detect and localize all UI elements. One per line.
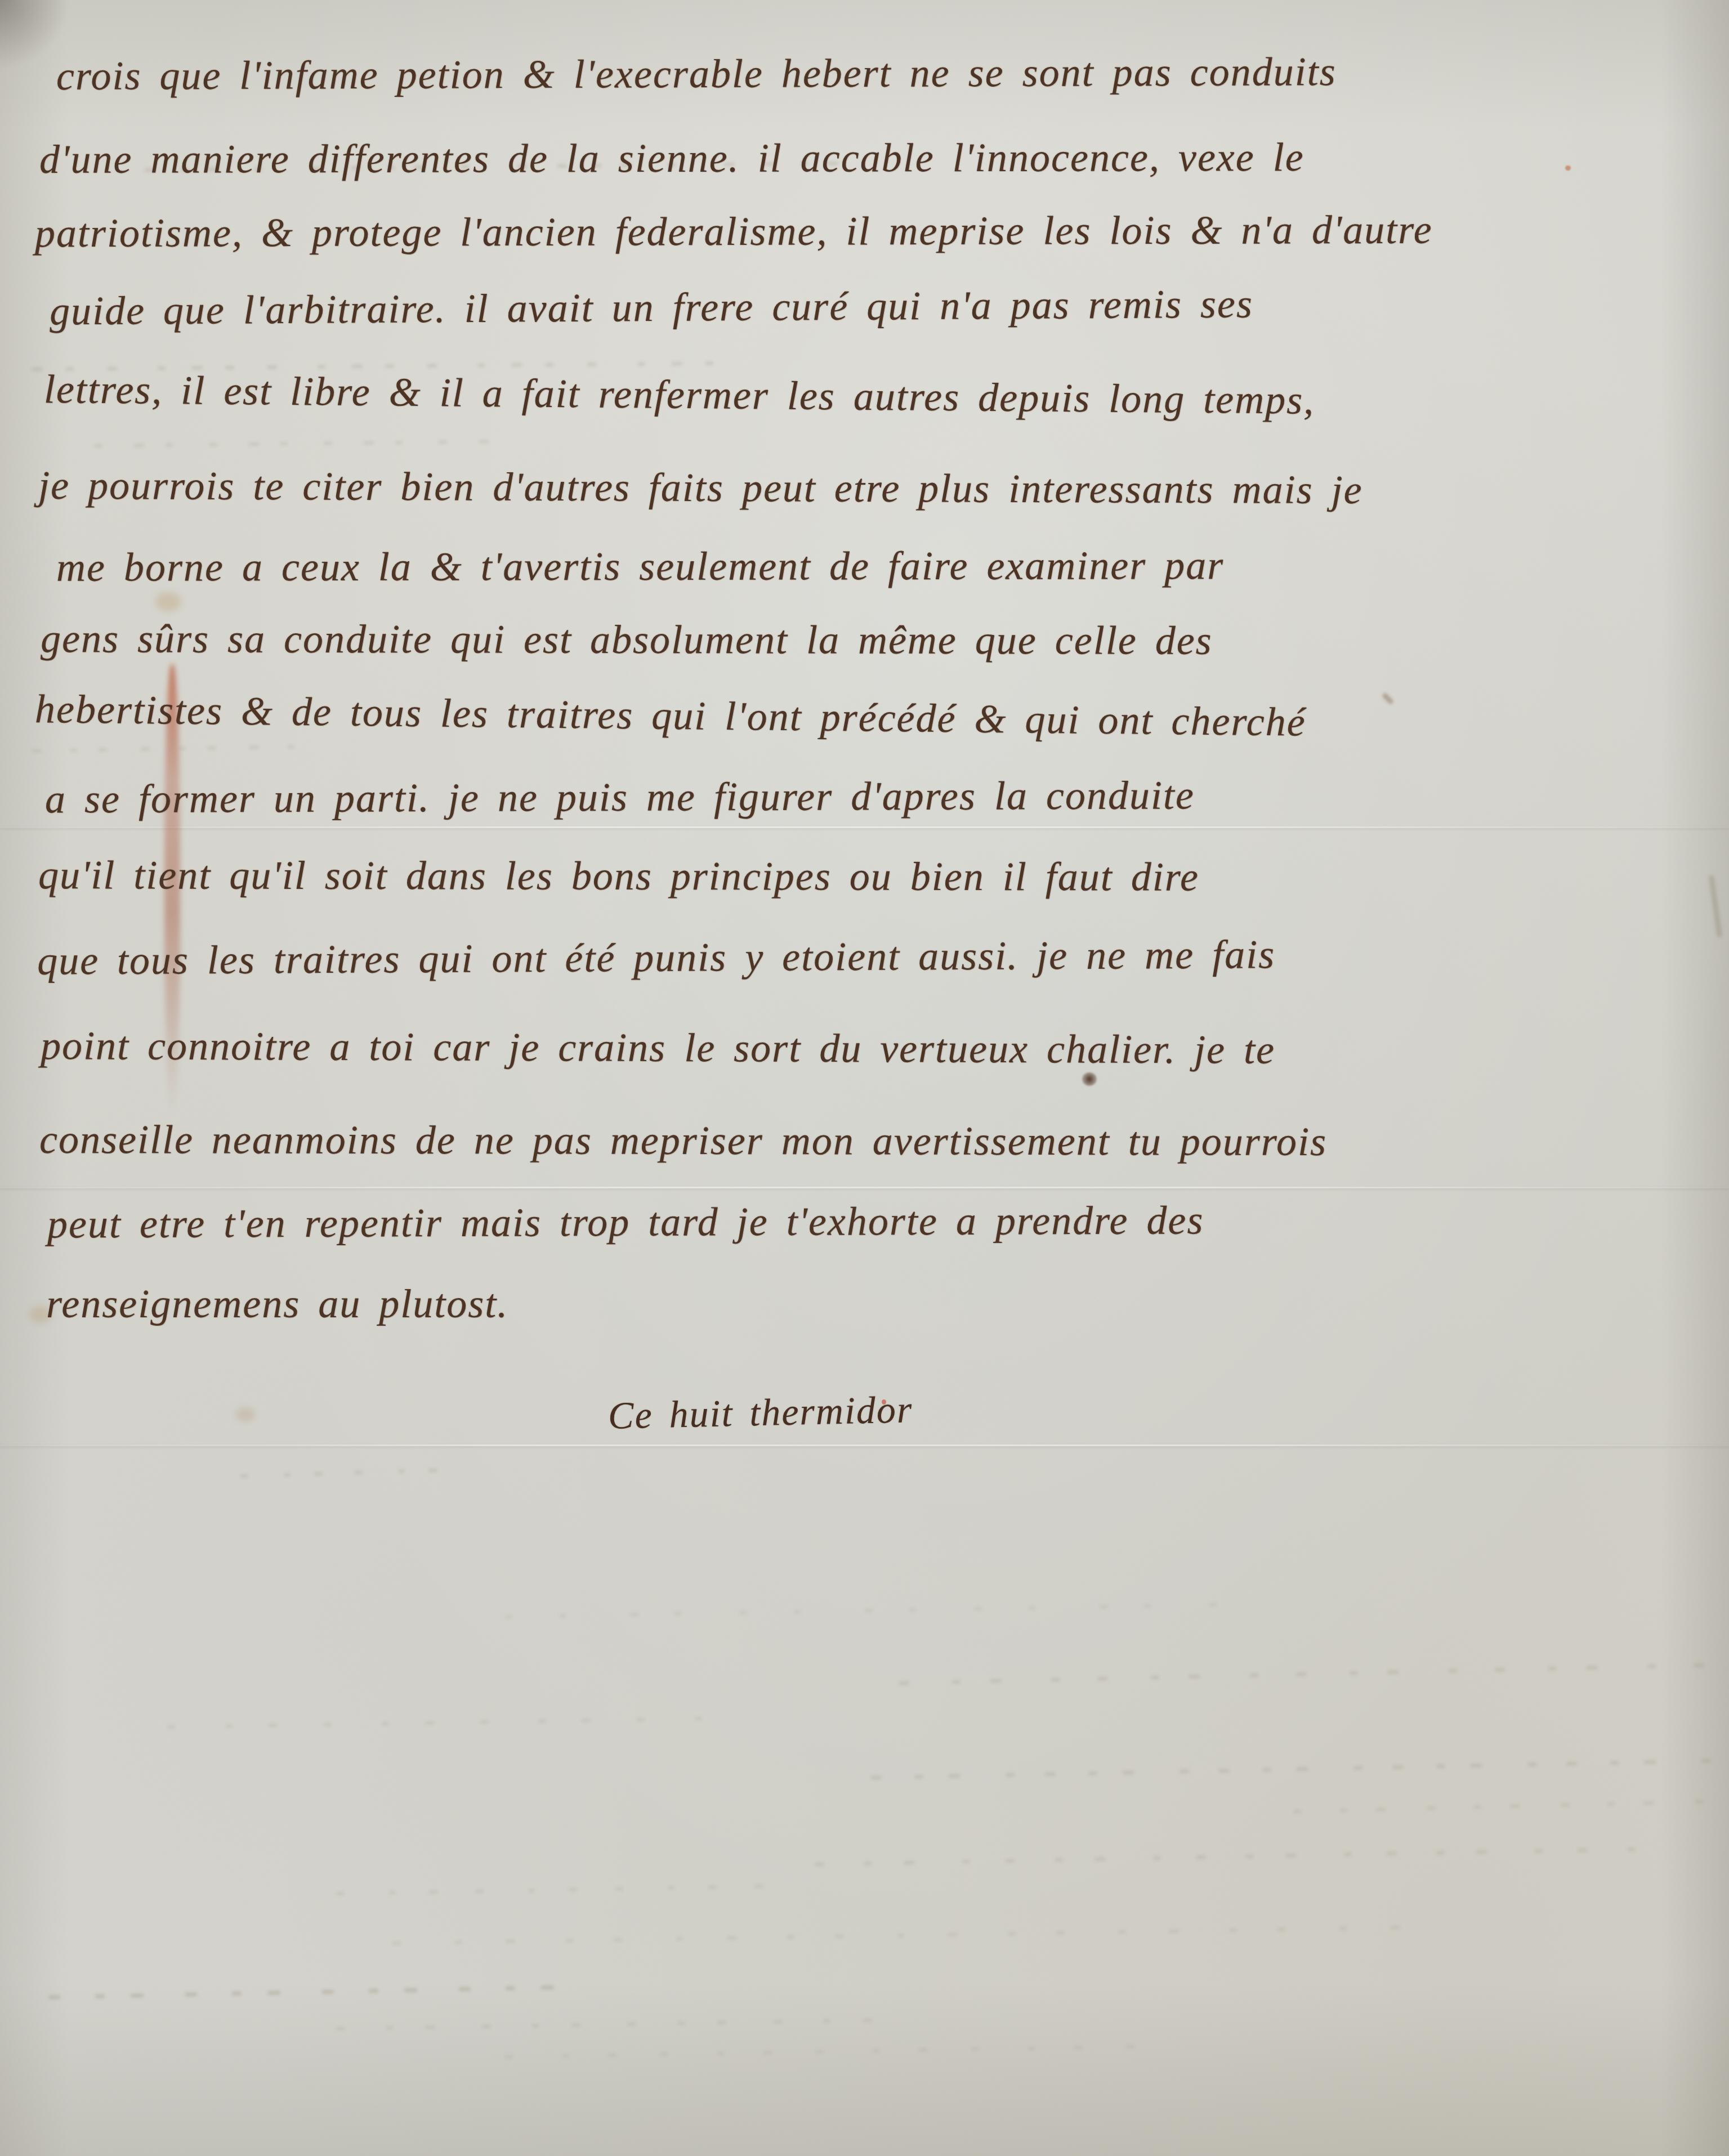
manuscript-line: que tous les traitres qui ont été punis … (37, 931, 1275, 985)
manuscript-line: crois que l'infame petion & l'execrable … (56, 48, 1337, 100)
manuscript-line: point connoitre a toi car je crains le s… (41, 1022, 1275, 1073)
manuscript-line: patriotisme, & protege l'ancien federali… (35, 207, 1433, 257)
manuscript-line: gens sûrs sa conduite qui est absolument… (41, 615, 1213, 664)
manuscript-line: conseille neanmoins de ne pas mepriser m… (39, 1116, 1327, 1165)
manuscript-line: guide que l'arbitraire. il avait un frer… (50, 280, 1253, 334)
manuscript-line: je pourrois te citer bien d'autres faits… (38, 462, 1363, 513)
manuscript-line: hebertistes & de tous les traitres qui l… (35, 686, 1306, 746)
dateline: Ce huit thermidor (607, 1387, 913, 1438)
letter-text: crois que l'infame petion & l'execrable … (0, 0, 1729, 2156)
manuscript-line: peut etre t'en repentir mais trop tard j… (47, 1197, 1204, 1247)
manuscript-line: lettres, il est libre & il a fait renfer… (44, 366, 1315, 424)
manuscript-line: qu'il tient qu'il soit dans les bons pri… (38, 852, 1199, 901)
manuscript-line: a se former un parti. je ne puis me figu… (45, 772, 1195, 822)
manuscript-line: me borne a ceux la & t'avertis seulement… (56, 542, 1224, 591)
letter-page: crois que l'infame petion & l'execrable … (0, 0, 1729, 2156)
manuscript-line: d'une maniere differentes de la sienne. … (39, 134, 1304, 183)
manuscript-line: renseignemens au plutost. (46, 1281, 508, 1327)
